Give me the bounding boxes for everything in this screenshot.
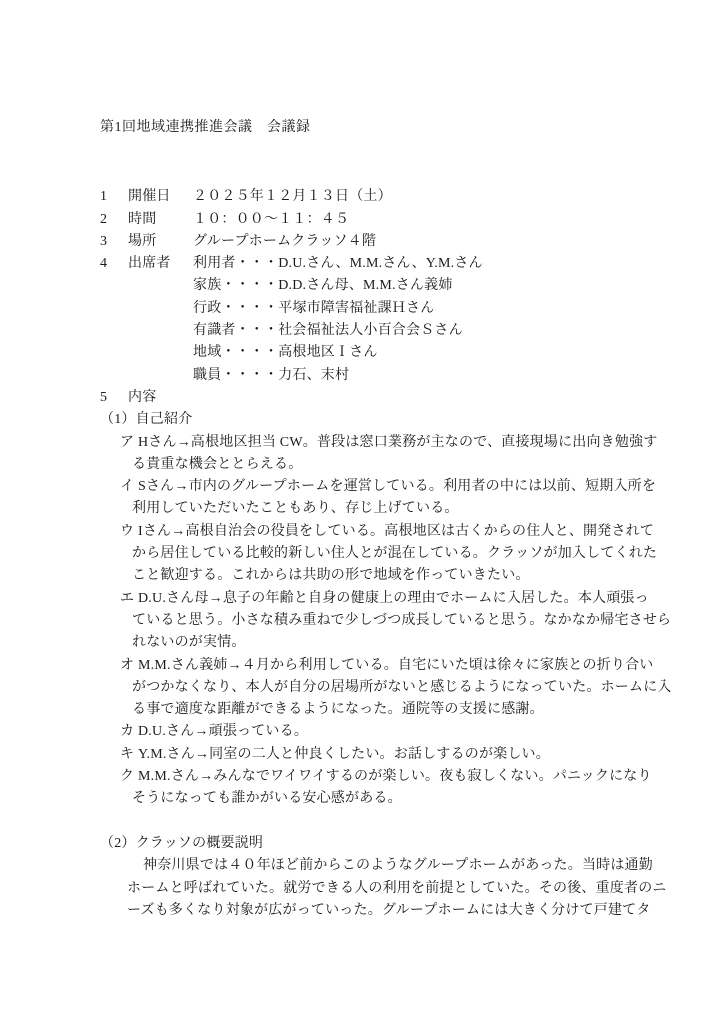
list-item: ウIさん→高根自治会の役員をしている。高根地区は古くからの住人と、開発されて か… xyxy=(100,521,636,588)
meta-row-attendees: 4 出席者 利用者・・・D.U.さん、M.M.さん、Y.M.さん xyxy=(100,253,636,275)
item-marker: イ xyxy=(120,476,138,498)
item-line: エD.U.さん母→息子の年齢と自身の健康上の理由でホームに入居した。本人頑張っ xyxy=(120,588,636,610)
item-line: る事で適度な距離ができるようになった。通院等の支援に感謝。 xyxy=(132,699,636,721)
item-line: ていると思う。小さな積み重ねで少しづつ成長していると思う。なかなか帰宅させら xyxy=(132,610,636,632)
document-content: 第1回地域連携推進会議 会議録 1 開催日 ２０２５年１２月１３日（土） 2 時… xyxy=(0,0,724,922)
list-item: クM.M.さん→みんなでワイワイするのが楽しい。夜も寂しくない。パニックになり … xyxy=(100,766,636,811)
item-line: カD.U.さん→頑張っている。 xyxy=(120,721,636,743)
list-item: エD.U.さん母→息子の年齢と自身の健康上の理由でホームに入居した。本人頑張っ … xyxy=(100,588,636,655)
paragraph-line: ーズも多くなり対象が広がっていった。グループホームには大きく分けて戸建てタ xyxy=(127,900,636,922)
meta-number: 2 xyxy=(100,209,128,231)
item-marker: キ xyxy=(120,744,138,766)
paragraph-line: ホームと呼ばれていた。就労できる人の利用を前提としていた。その後、重度者のニ xyxy=(127,878,636,900)
list-item: キY.M.さん→同室の二人と仲良くしたい。お話しするのが楽しい。 xyxy=(100,744,636,766)
meta-row-time: 2 時間 １０：００～１１：４５ xyxy=(100,209,636,231)
list-item: イSさん→市内のグループホームを運営している。利用者の中には以前、短期入所を 利… xyxy=(100,476,636,521)
document-page: 第1回地域連携推進会議 会議録 1 開催日 ２０２５年１２月１３日（土） 2 時… xyxy=(0,0,724,1024)
meta-row-contents: 5 内容 xyxy=(100,387,636,409)
meta-list: 1 開催日 ２０２５年１２月１３日（土） 2 時間 １０：００～１１：４５ 3 … xyxy=(100,186,636,409)
meta-row-date: 1 開催日 ２０２５年１２月１３日（土） xyxy=(100,186,636,208)
item-marker: オ xyxy=(120,655,138,677)
attendee-line-government: 行政・・・・平塚市障害福祉課Ｈさん xyxy=(193,298,636,320)
item-text: M.M.さん→みんなでワイワイするのが楽しい。夜も寂しくない。パニックになり xyxy=(138,769,652,784)
meta-value: グループホームクラッソ４階 xyxy=(193,231,636,253)
item-line: がつかなくなり、本人が自分の居場所がないと感じるようになっていた。ホームに入 xyxy=(132,677,636,699)
paragraph-line: 神奈川県では４０年ほど前からこのようなグループホームがあった。当時は通勤 xyxy=(143,855,636,877)
item-text: M.M.さん義姉→４月から利用している。自宅にいた頃は徐々に家族との折り合い xyxy=(138,658,654,673)
item-text: Y.M.さん→同室の二人と仲良くしたい。お話しするのが楽しい。 xyxy=(138,747,550,762)
item-text: D.U.さん→頑張っている。 xyxy=(138,724,308,739)
meta-value: 利用者・・・D.U.さん、M.M.さん、Y.M.さん xyxy=(193,253,636,275)
item-line: 利用していただいたこともあり、存じ上げている。 xyxy=(132,498,636,520)
section-heading: （2）クラッソの概要説明 xyxy=(100,833,636,855)
item-text: Hさん→高根地区担当 CW。普段は窓口業務が主なので、直接現場に出向き勉強す xyxy=(138,435,657,450)
list-item: カD.U.さん→頑張っている。 xyxy=(100,721,636,743)
item-line: ウIさん→高根自治会の役員をしている。高根地区は古くからの住人と、開発されて xyxy=(120,521,636,543)
list-item: オM.M.さん義姉→４月から利用している。自宅にいた頃は徐々に家族との折り合い … xyxy=(100,655,636,722)
item-line: オM.M.さん義姉→４月から利用している。自宅にいた頃は徐々に家族との折り合い xyxy=(120,655,636,677)
item-text: Iさん→高根自治会の役員をしている。高根地区は古くからの住人と、開発されて xyxy=(138,524,654,539)
list-item: アHさん→高根地区担当 CW。普段は窓口業務が主なので、直接現場に出向き勉強す … xyxy=(100,432,636,477)
item-text: Sさん→市内のグループホームを運営している。利用者の中には以前、短期入所を xyxy=(138,479,656,494)
item-line: アHさん→高根地区担当 CW。普段は窓口業務が主なので、直接現場に出向き勉強す xyxy=(120,432,636,454)
meta-value: ２０２５年１２月１３日（土） xyxy=(193,186,636,208)
attendee-line-family: 家族・・・・D.D.さん母、M.M.さん義姉 xyxy=(193,275,636,297)
attendee-line-community: 地域・・・・高根地区Ｉさん xyxy=(193,342,636,364)
item-marker: ク xyxy=(120,766,138,788)
meta-label: 出席者 xyxy=(128,253,193,275)
item-marker: ア xyxy=(120,432,138,454)
meta-row-place: 3 場所 グループホームクラッソ４階 xyxy=(100,231,636,253)
item-marker: エ xyxy=(120,588,138,610)
item-line: れないのが実情。 xyxy=(132,632,636,654)
item-marker: ウ xyxy=(120,521,138,543)
item-line: キY.M.さん→同室の二人と仲良くしたい。お話しするのが楽しい。 xyxy=(120,744,636,766)
meta-label: 内容 xyxy=(128,387,193,409)
meta-number: 5 xyxy=(100,387,128,409)
section-heading: （1）自己紹介 xyxy=(100,409,636,431)
meta-number: 1 xyxy=(100,186,128,208)
meta-label: 時間 xyxy=(128,209,193,231)
section-self-introduction: （1）自己紹介 アHさん→高根地区担当 CW。普段は窓口業務が主なので、直接現場… xyxy=(100,409,636,810)
section-overview: （2）クラッソの概要説明 神奈川県では４０年ほど前からこのようなグループホームが… xyxy=(100,833,636,922)
item-line: イSさん→市内のグループホームを運営している。利用者の中には以前、短期入所を xyxy=(120,476,636,498)
item-text: D.U.さん母→息子の年齢と自身の健康上の理由でホームに入居した。本人頑張っ xyxy=(138,591,649,606)
attendee-line-staff: 職員・・・・力石、末村 xyxy=(193,365,636,387)
document-title: 第1回地域連携推進会議 会議録 xyxy=(100,117,636,139)
item-line: クM.M.さん→みんなでワイワイするのが楽しい。夜も寂しくない。パニックになり xyxy=(120,766,636,788)
meta-number: 4 xyxy=(100,253,128,275)
attendee-line-expert: 有識者・・・社会福祉法人小百合会Ｓさん xyxy=(193,320,636,342)
meta-number: 3 xyxy=(100,231,128,253)
meta-label: 開催日 xyxy=(128,186,193,208)
item-line: こと歓迎する。これからは共助の形で地域を作っていきたい。 xyxy=(132,565,636,587)
meta-label: 場所 xyxy=(128,231,193,253)
item-marker: カ xyxy=(120,721,138,743)
item-line: から居住している比較的新しい住人とが混在している。クラッソが加入してくれた xyxy=(132,543,636,565)
meta-value: １０：００～１１：４５ xyxy=(193,209,636,231)
item-line: る貴重な機会ととらえる。 xyxy=(132,454,636,476)
item-line: そうになっても誰かがいる安心感がある。 xyxy=(132,788,636,810)
